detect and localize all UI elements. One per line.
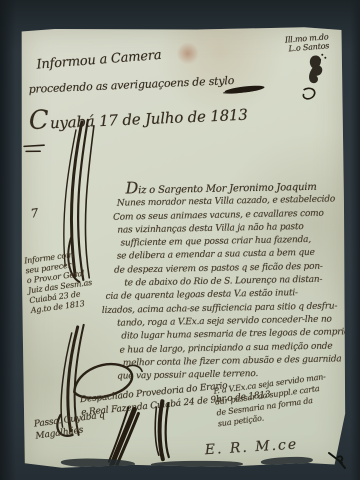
- rubric-strokes-right: [150, 399, 175, 463]
- margin-referral-note: Informe com seu parecer o Prov.or Geral …: [24, 248, 96, 316]
- manuscript-paper: Ill.mo m.do L.o Santos Informou a Camera…: [19, 26, 347, 470]
- bottom-edge-stain: [151, 460, 243, 468]
- bottom-edge-stain: [261, 456, 313, 466]
- closing-formula: E. R. M.ce: [204, 437, 298, 459]
- scanned-document-photo: Ill.mo m.do L.o Santos Informou a Camera…: [0, 0, 360, 480]
- left-edge-mark: [22, 142, 48, 156]
- petition-body: Diz o Sargento Mor Jeronimo Joaquim Nune…: [89, 177, 345, 384]
- margin-figure-mark: 7: [30, 206, 39, 221]
- response-note-line2: procedendo as averiguaçoens de stylo: [28, 74, 234, 96]
- corner-addressee-note: Ill.mo m.do L.o Santos: [285, 32, 330, 53]
- backing-ink-mark: [326, 449, 348, 471]
- ink-blot-squiggle: [293, 52, 327, 104]
- response-note-line1: Informou a Camera: [36, 48, 162, 73]
